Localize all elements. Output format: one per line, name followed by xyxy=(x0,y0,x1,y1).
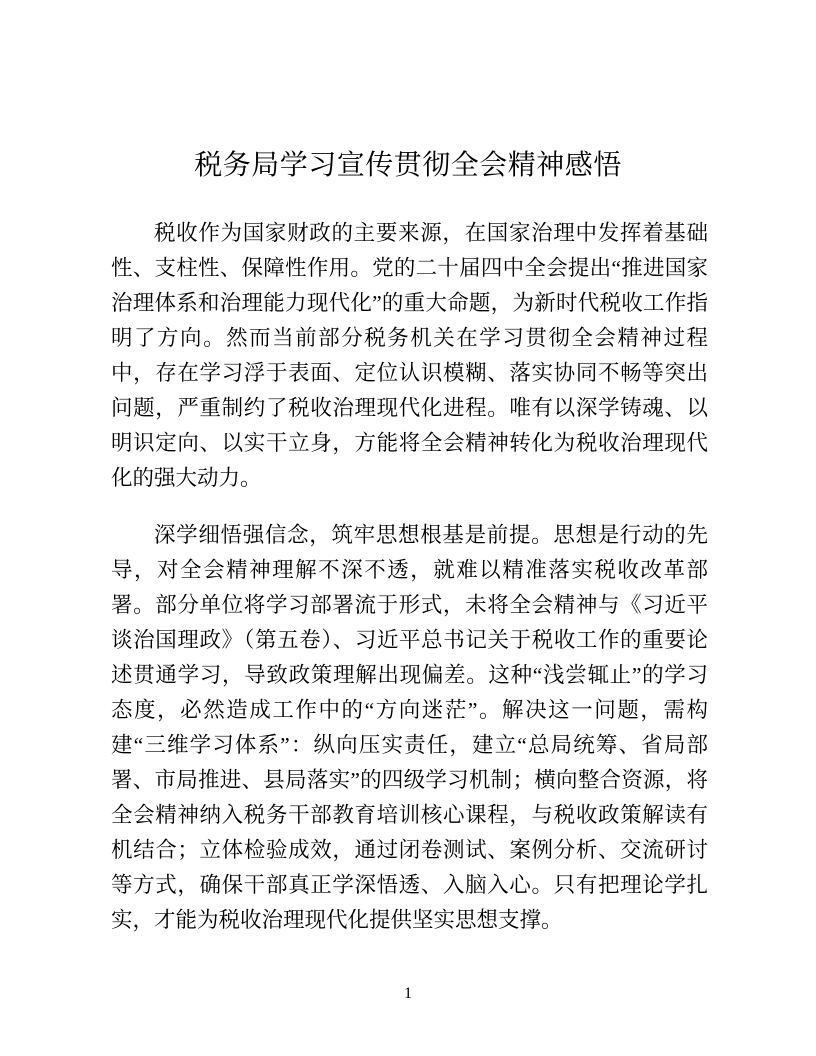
paragraph-2: 深学细悟强信念，筑牢思想根基是前提。思想是行动的先导，对全会精神理解不深不透，就… xyxy=(111,518,708,938)
paragraph-1: 税收作为国家财政的主要来源，在国家治理中发挥着基础性、支柱性、保障性作用。党的二… xyxy=(111,216,708,496)
document-body: 税收作为国家财政的主要来源，在国家治理中发挥着基础性、支柱性、保障性作用。党的二… xyxy=(111,216,708,960)
document-title: 税务局学习宣传贯彻全会精神感悟 xyxy=(0,146,816,186)
document-page: 税务局学习宣传贯彻全会精神感悟 税收作为国家财政的主要来源，在国家治理中发挥着基… xyxy=(0,0,816,1056)
page-number: 1 xyxy=(0,984,816,1004)
